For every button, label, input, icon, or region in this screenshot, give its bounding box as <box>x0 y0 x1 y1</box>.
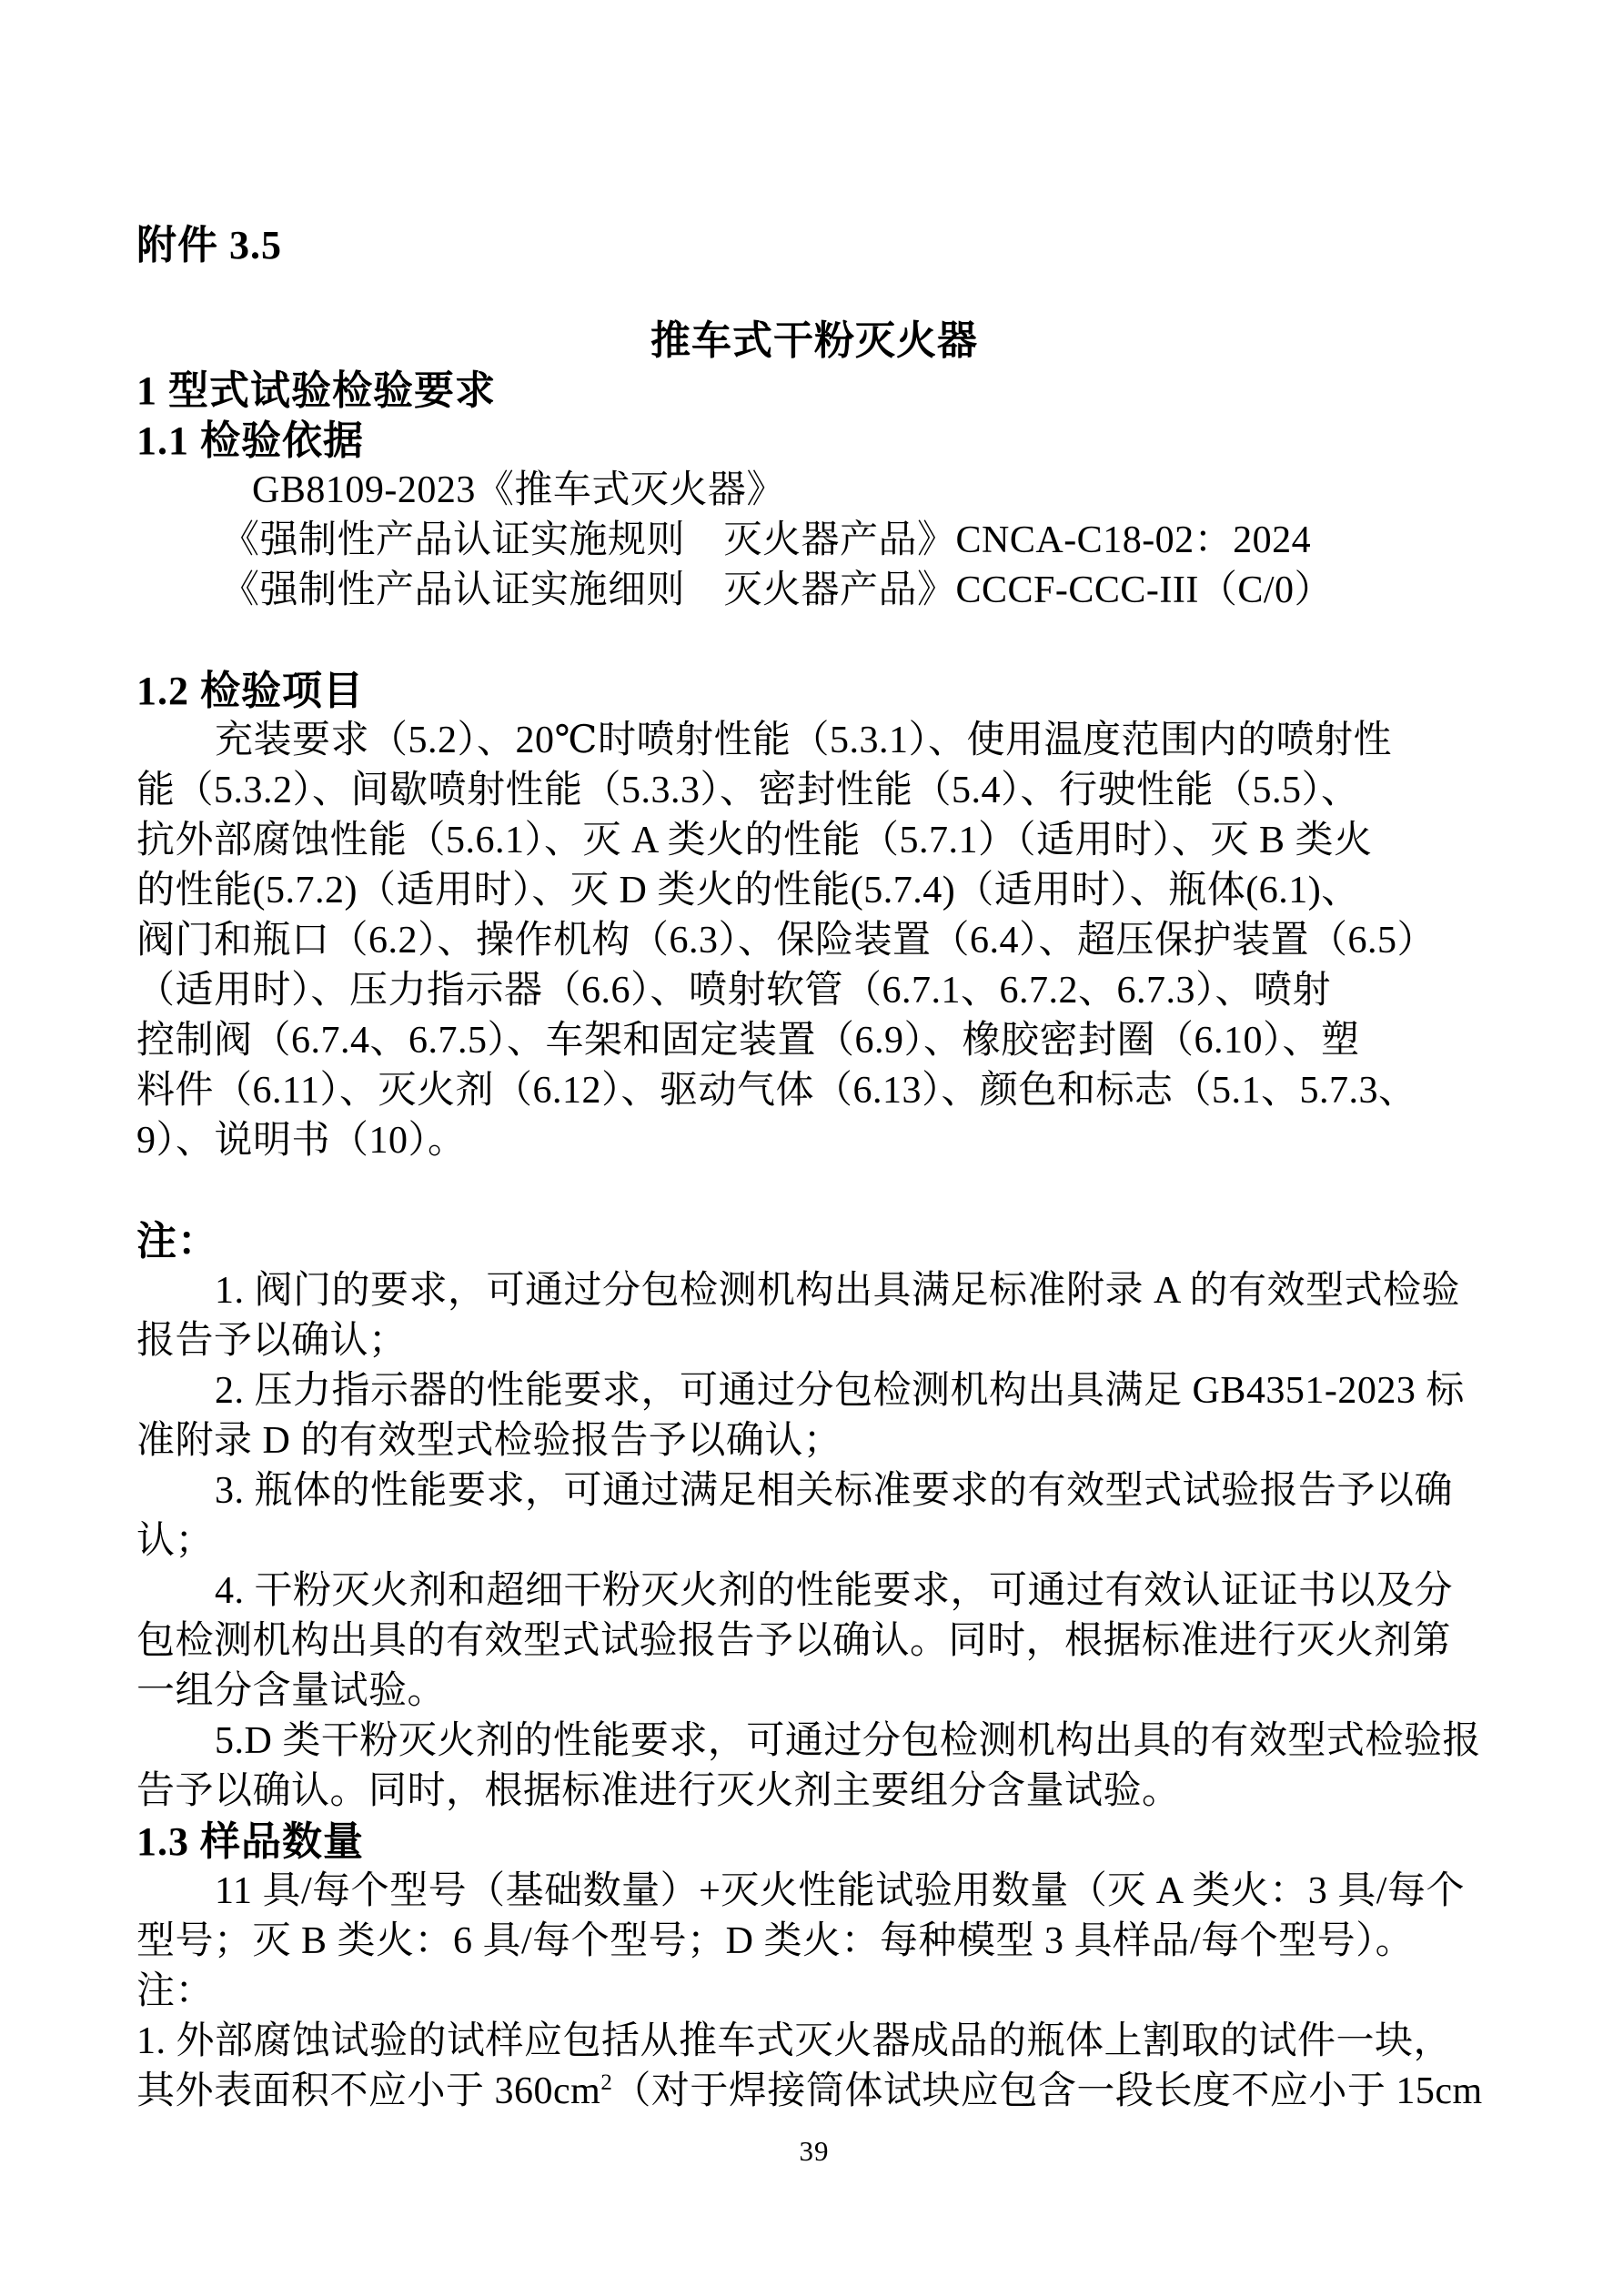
note-line-text: （对于焊接筒体试块应包含一段长度不应小于 15cm <box>612 2070 1482 2112</box>
note-line: 2. 压力指示器的性能要求，可通过分包检测机构出具满足 GB4351-2023 … <box>136 1366 1492 1416</box>
reference-line: 《强制性产品认证实施规则 灭火器产品》CNCA-C18-02：2024 <box>136 516 1492 566</box>
paragraph-line: 9）、说明书（10）。 <box>136 1116 1492 1166</box>
note-line: 3. 瓶体的性能要求，可通过满足相关标准要求的有效型式试验报告予以确 <box>136 1466 1492 1516</box>
section-heading-1-1: 1.1 检验依据 <box>136 416 1492 466</box>
paragraph-line: 料件（6.11）、灭火剂（6.12）、驱动气体（6.13）、颜色和标志（5.1、… <box>136 1066 1492 1116</box>
note-line-text: 其外表面积不应小于 360cm <box>136 2070 600 2112</box>
note-line: 认； <box>136 1516 1492 1566</box>
paragraph-line: 型号；灭 B 类火：6 具/每个型号；D 类火：每种模型 3 具样品/每个型号）… <box>136 1917 1492 1967</box>
spacer <box>136 616 1492 666</box>
note-line: 其外表面积不应小于 360cm2（对于焊接筒体试块应包含一段长度不应小于 15c… <box>136 2067 1492 2117</box>
spacer <box>136 270 1492 316</box>
paragraph-line: 阀门和瓶口（6.2）、操作机构（6.3）、保险装置（6.4）、超压保护装置（6.… <box>136 916 1492 966</box>
reference-line: GB8109-2023《推车式灭火器》 <box>136 466 1492 516</box>
paragraph-line: 能（5.3.2）、间歇喷射性能（5.3.3）、密封性能（5.4）、行驶性能（5.… <box>136 766 1492 816</box>
note-line: 包检测机构出具的有效型式试验报告予以确认。同时，根据标准进行灭火剂第 <box>136 1616 1492 1667</box>
note-line: 1. 外部腐蚀试验的试样应包括从推车式灭火器成品的瓶体上割取的试件一块， <box>136 2017 1492 2067</box>
paragraph-line: 控制阀（6.7.4、6.7.5）、车架和固定装置（6.9）、橡胶密封圈（6.10… <box>136 1016 1492 1066</box>
paragraph-line: （适用时）、压力指示器（6.6）、喷射软管（6.7.1、6.7.2、6.7.3）… <box>136 966 1492 1016</box>
note-line: 4. 干粉灭火剂和超细干粉灭火剂的性能要求，可通过有效认证证书以及分 <box>136 1566 1492 1616</box>
notes-label: 注： <box>136 1216 1492 1266</box>
section-heading-1: 1 型式试验检验要求 <box>136 366 1492 416</box>
note-line: 1. 阀门的要求，可通过分包检测机构出具满足标准附录 A 的有效型式检验 <box>136 1266 1492 1316</box>
paragraph-line: 抗外部腐蚀性能（5.6.1）、灭 A 类火的性能（5.7.1）（适用时）、灭 B… <box>136 816 1492 866</box>
spacer <box>136 1166 1492 1216</box>
section-heading-1-3: 1.3 样品数量 <box>136 1817 1492 1867</box>
doc-title: 推车式干粉灭火器 <box>136 316 1492 366</box>
note-line: 准附录 D 的有效型式检验报告予以确认； <box>136 1416 1492 1466</box>
attachment-label: 附件 3.5 <box>136 220 1492 270</box>
paragraph-line: 充装要求（5.2）、20℃时喷射性能（5.3.1）、使用温度范围内的喷射性 <box>136 716 1492 766</box>
spacer <box>136 2117 1492 2126</box>
notes-label: 注： <box>136 1967 1492 2017</box>
page-number: 39 <box>136 2126 1492 2176</box>
reference-line: 《强制性产品认证实施细则 灭火器产品》CCCF-CCC-III（C/0） <box>136 566 1492 616</box>
document-page: 附件 3.5 推车式干粉灭火器 1 型式试验检验要求 1.1 检验依据 GB81… <box>0 0 1623 2296</box>
note-line: 一组分含量试验。 <box>136 1667 1492 1717</box>
paragraph-line: 的性能(5.7.2)（适用时）、灭 D 类火的性能(5.7.4)（适用时）、瓶体… <box>136 866 1492 916</box>
note-line: 5.D 类干粉灭火剂的性能要求，可通过分包检测机构出具的有效型式检验报 <box>136 1717 1492 1767</box>
section-heading-1-2: 1.2 检验项目 <box>136 666 1492 716</box>
note-line: 报告予以确认； <box>136 1316 1492 1366</box>
paragraph-line: 11 具/每个型号（基础数量）+灭火性能试验用数量（灭 A 类火：3 具/每个 <box>136 1867 1492 1917</box>
superscript-2: 2 <box>600 2070 612 2095</box>
note-line: 告予以确认。同时，根据标准进行灭火剂主要组分含量试验。 <box>136 1767 1492 1817</box>
